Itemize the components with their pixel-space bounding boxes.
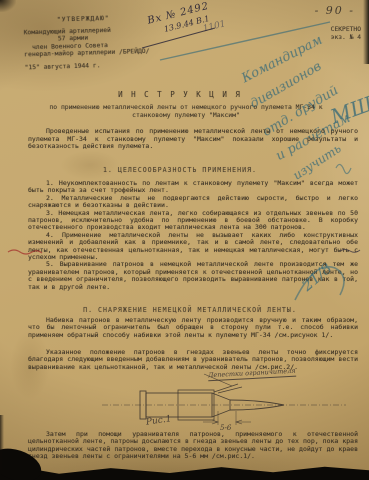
document-title: И Н С Т Р У К Ц И Я	[30, 90, 330, 99]
intro-paragraph: Проведенные испытания по применению мета…	[28, 128, 358, 151]
item-paragraph: 3. Немецкая металлическая лента, легко с…	[28, 210, 358, 232]
approve-label: "УТВЕРЖДАЮ"	[23, 14, 143, 25]
dim-arrow-right	[236, 420, 251, 424]
paper-stain	[60, 150, 120, 180]
dim-arrow-left	[203, 420, 218, 424]
cartridge-drawing: 5-6	[100, 380, 350, 432]
section-2-paragraph-1: Набивка патронов в металлическую ленту п…	[28, 317, 358, 339]
limiter-petals	[214, 384, 242, 393]
section-1-items: 1. Неукомплектованность по лентам к стан…	[28, 180, 358, 291]
secrecy-stamp: СЕКРЕТНО экз. № 4	[331, 26, 361, 41]
item-paragraph: 2. Металлические ленты не подвергаются д…	[28, 195, 358, 210]
item-paragraph: 5. Выравнивание патронов в немецкой мета…	[28, 261, 358, 291]
secrecy-label: СЕКРЕТНО	[331, 26, 361, 34]
page-number: - 90 -	[315, 4, 355, 17]
scan-edge-bottom	[0, 466, 369, 480]
scan-corner-top-left	[0, 0, 16, 12]
section-2-heading: П. СНАРЯЖЕНИЕ НЕМЕЦКОЙ МЕТАЛЛИЧЕСКОЙ ЛЕН…	[30, 306, 350, 314]
section-2-paragraph-2: Указанное положение патронов в гнездах з…	[28, 349, 358, 371]
copy-number: экз. № 4	[331, 34, 361, 42]
resolution-line: Командирам	[239, 33, 325, 87]
scan-edge-left	[0, 415, 4, 470]
document-page: - 90 - СЕКРЕТНО экз. № 4 "УТВЕРЖДАЮ" Ком…	[0, 0, 369, 480]
scan-edge-right	[363, 0, 369, 64]
document-subtitle: по применению металлической ленты от нем…	[36, 104, 336, 119]
closing-paragraph: Затем при помощи уравнивателя патронов, …	[28, 431, 358, 461]
margin-check-mark	[336, 164, 351, 173]
item-paragraph: 4. Применение металлической ленты не выз…	[28, 232, 358, 262]
approval-date: "15" августа 1944 г.	[25, 60, 195, 72]
section-1-heading: 1. ЦЕЛЕСООБРАЗНОСТЬ ПРИМЕНЕНИЯ.	[30, 166, 330, 174]
item-paragraph: 1. Неукомплектованность по лентам к стан…	[28, 180, 358, 195]
